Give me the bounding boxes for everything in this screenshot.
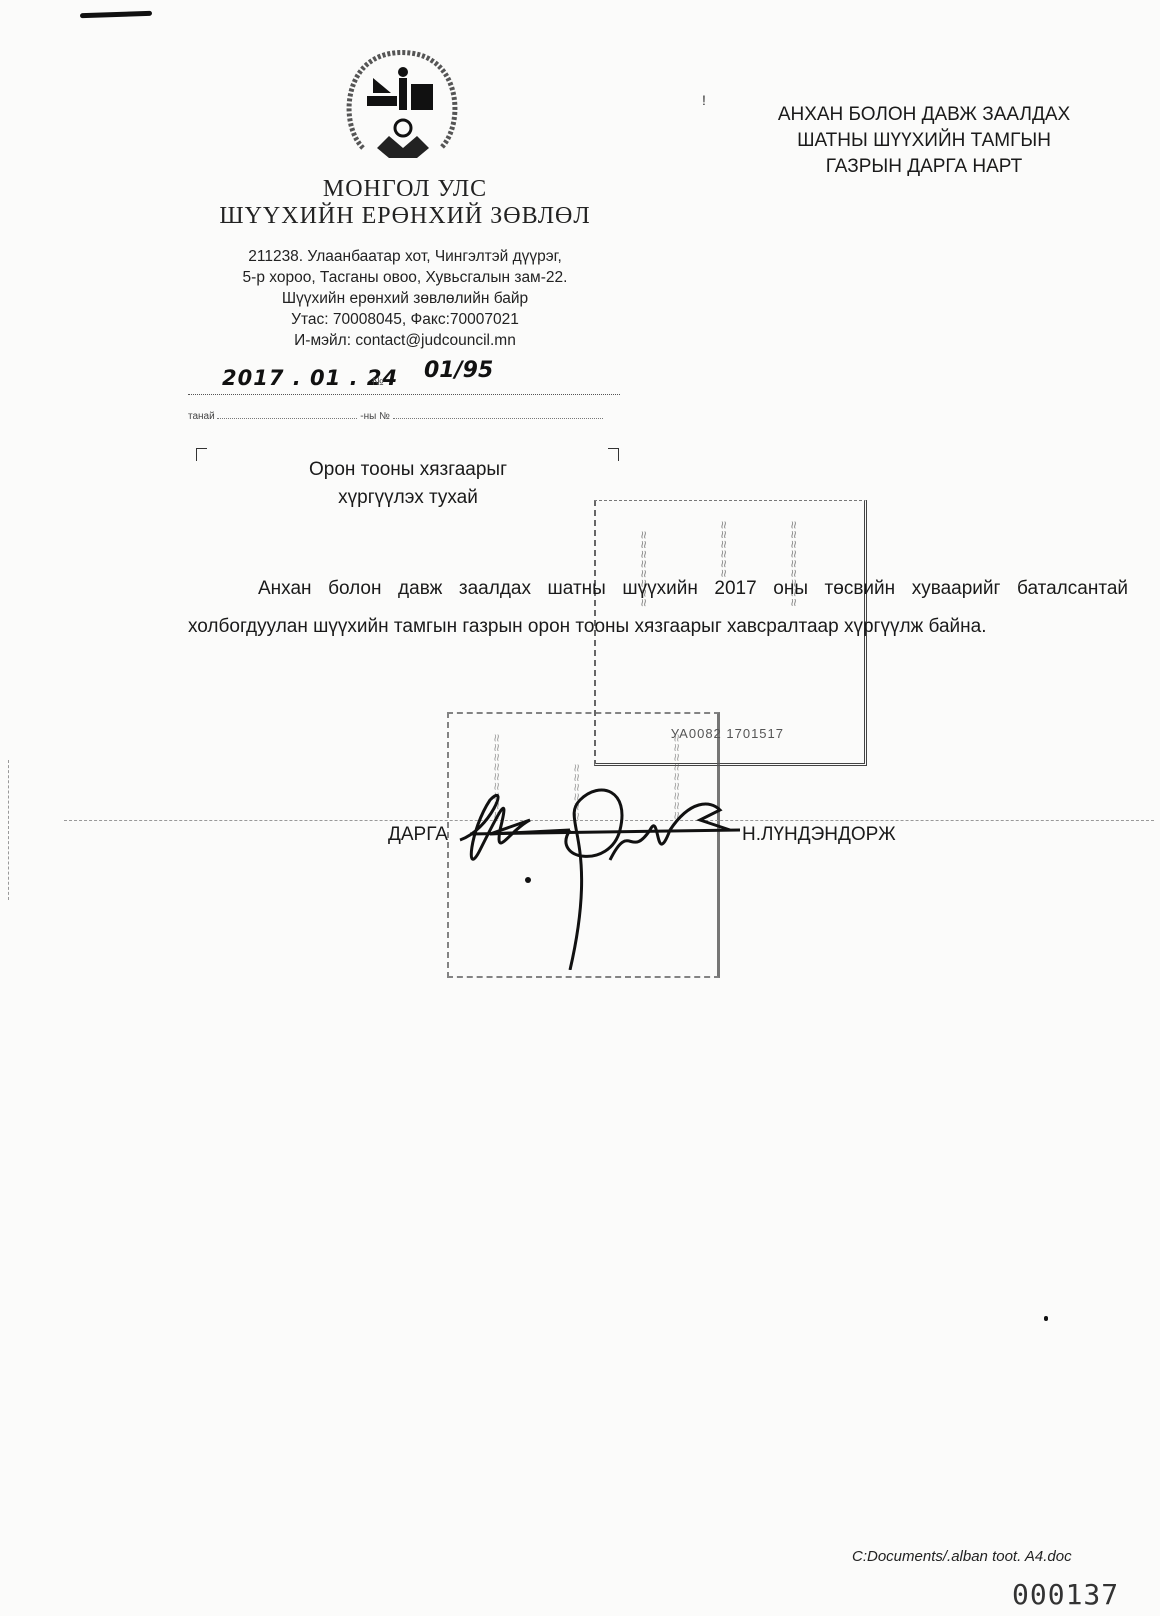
letter-number: 01/95 <box>424 358 493 383</box>
scan-mark <box>80 11 152 19</box>
org-name-line1: МОНГОЛ УЛС <box>190 176 620 203</box>
recipient-block: АНХАН БОЛОН ДАВЖ ЗААЛДАХ ШАТНЫ ШҮҮХИЙН Т… <box>728 102 1120 180</box>
reference-line: танай -ны № <box>188 410 620 422</box>
scan-edge <box>8 760 10 900</box>
address-line: Шүүхийн ерөнхий зөвлөлийн байр <box>190 288 620 309</box>
recipient-line: ШАТНЫ ШҮҮХИЙН ТАМГЫН <box>728 128 1120 154</box>
subject-line: хүргүүлэх тухай <box>230 484 586 512</box>
scan-speck <box>1044 1316 1048 1321</box>
subject-line: Орон тооны хязгаарыг <box>230 456 586 484</box>
address-line: 5-р хороо, Тасганы овоо, Хувьсгалын зам-… <box>190 267 620 288</box>
ref-prefix: танай <box>188 411 215 422</box>
number-sign: № <box>372 376 384 388</box>
letter-body: Анхан болон давж заалдах шатны шүүхийн 2… <box>188 570 1128 646</box>
signatory-title: ДАРГА <box>388 824 448 846</box>
contact-email: И-мэйл: contact@judcouncil.mn <box>190 330 620 351</box>
footer-file-path: C:Documents/.alban toot. A4.doc <box>852 1548 1072 1565</box>
contact-phone-fax: Утас: 70008045, Факс:70007021 <box>190 309 620 330</box>
page-number-stamp: 000137 <box>1012 1578 1119 1611</box>
org-address: 211238. Улаанбаатар хот, Чингэлтэй дүүрэ… <box>190 246 620 351</box>
recipient-line: ГАЗРЫН ДАРГА НАРТ <box>728 154 1120 180</box>
org-name-line2: ШҮҮХИЙН ЕРӨНХИЙ ЗӨВЛӨЛ <box>190 203 620 230</box>
signatory-name: Н.ЛҮНДЭНДОРЖ <box>742 824 896 846</box>
handwritten-signature-icon <box>450 770 750 970</box>
ref-number-label: -ны № <box>360 411 390 422</box>
subject-bracket-left <box>196 448 207 461</box>
ref-blank <box>217 410 357 419</box>
subject-block: Орон тооны хязгаарыг хүргүүлэх тухай <box>230 456 586 512</box>
recipient-line: АНХАН БОЛОН ДАВЖ ЗААЛДАХ <box>728 102 1120 128</box>
subject-bracket-right <box>608 448 619 461</box>
address-line: 211238. Улаанбаатар хот, Чингэлтэй дүүрэ… <box>190 246 620 267</box>
org-title: МОНГОЛ УЛС ШҮҮХИЙН ЕРӨНХИЙ ЗӨВЛӨЛ <box>190 176 620 230</box>
ref-number-blank <box>393 410 603 419</box>
scan-tick: ! <box>702 92 706 108</box>
state-emblem-icon <box>343 48 461 168</box>
